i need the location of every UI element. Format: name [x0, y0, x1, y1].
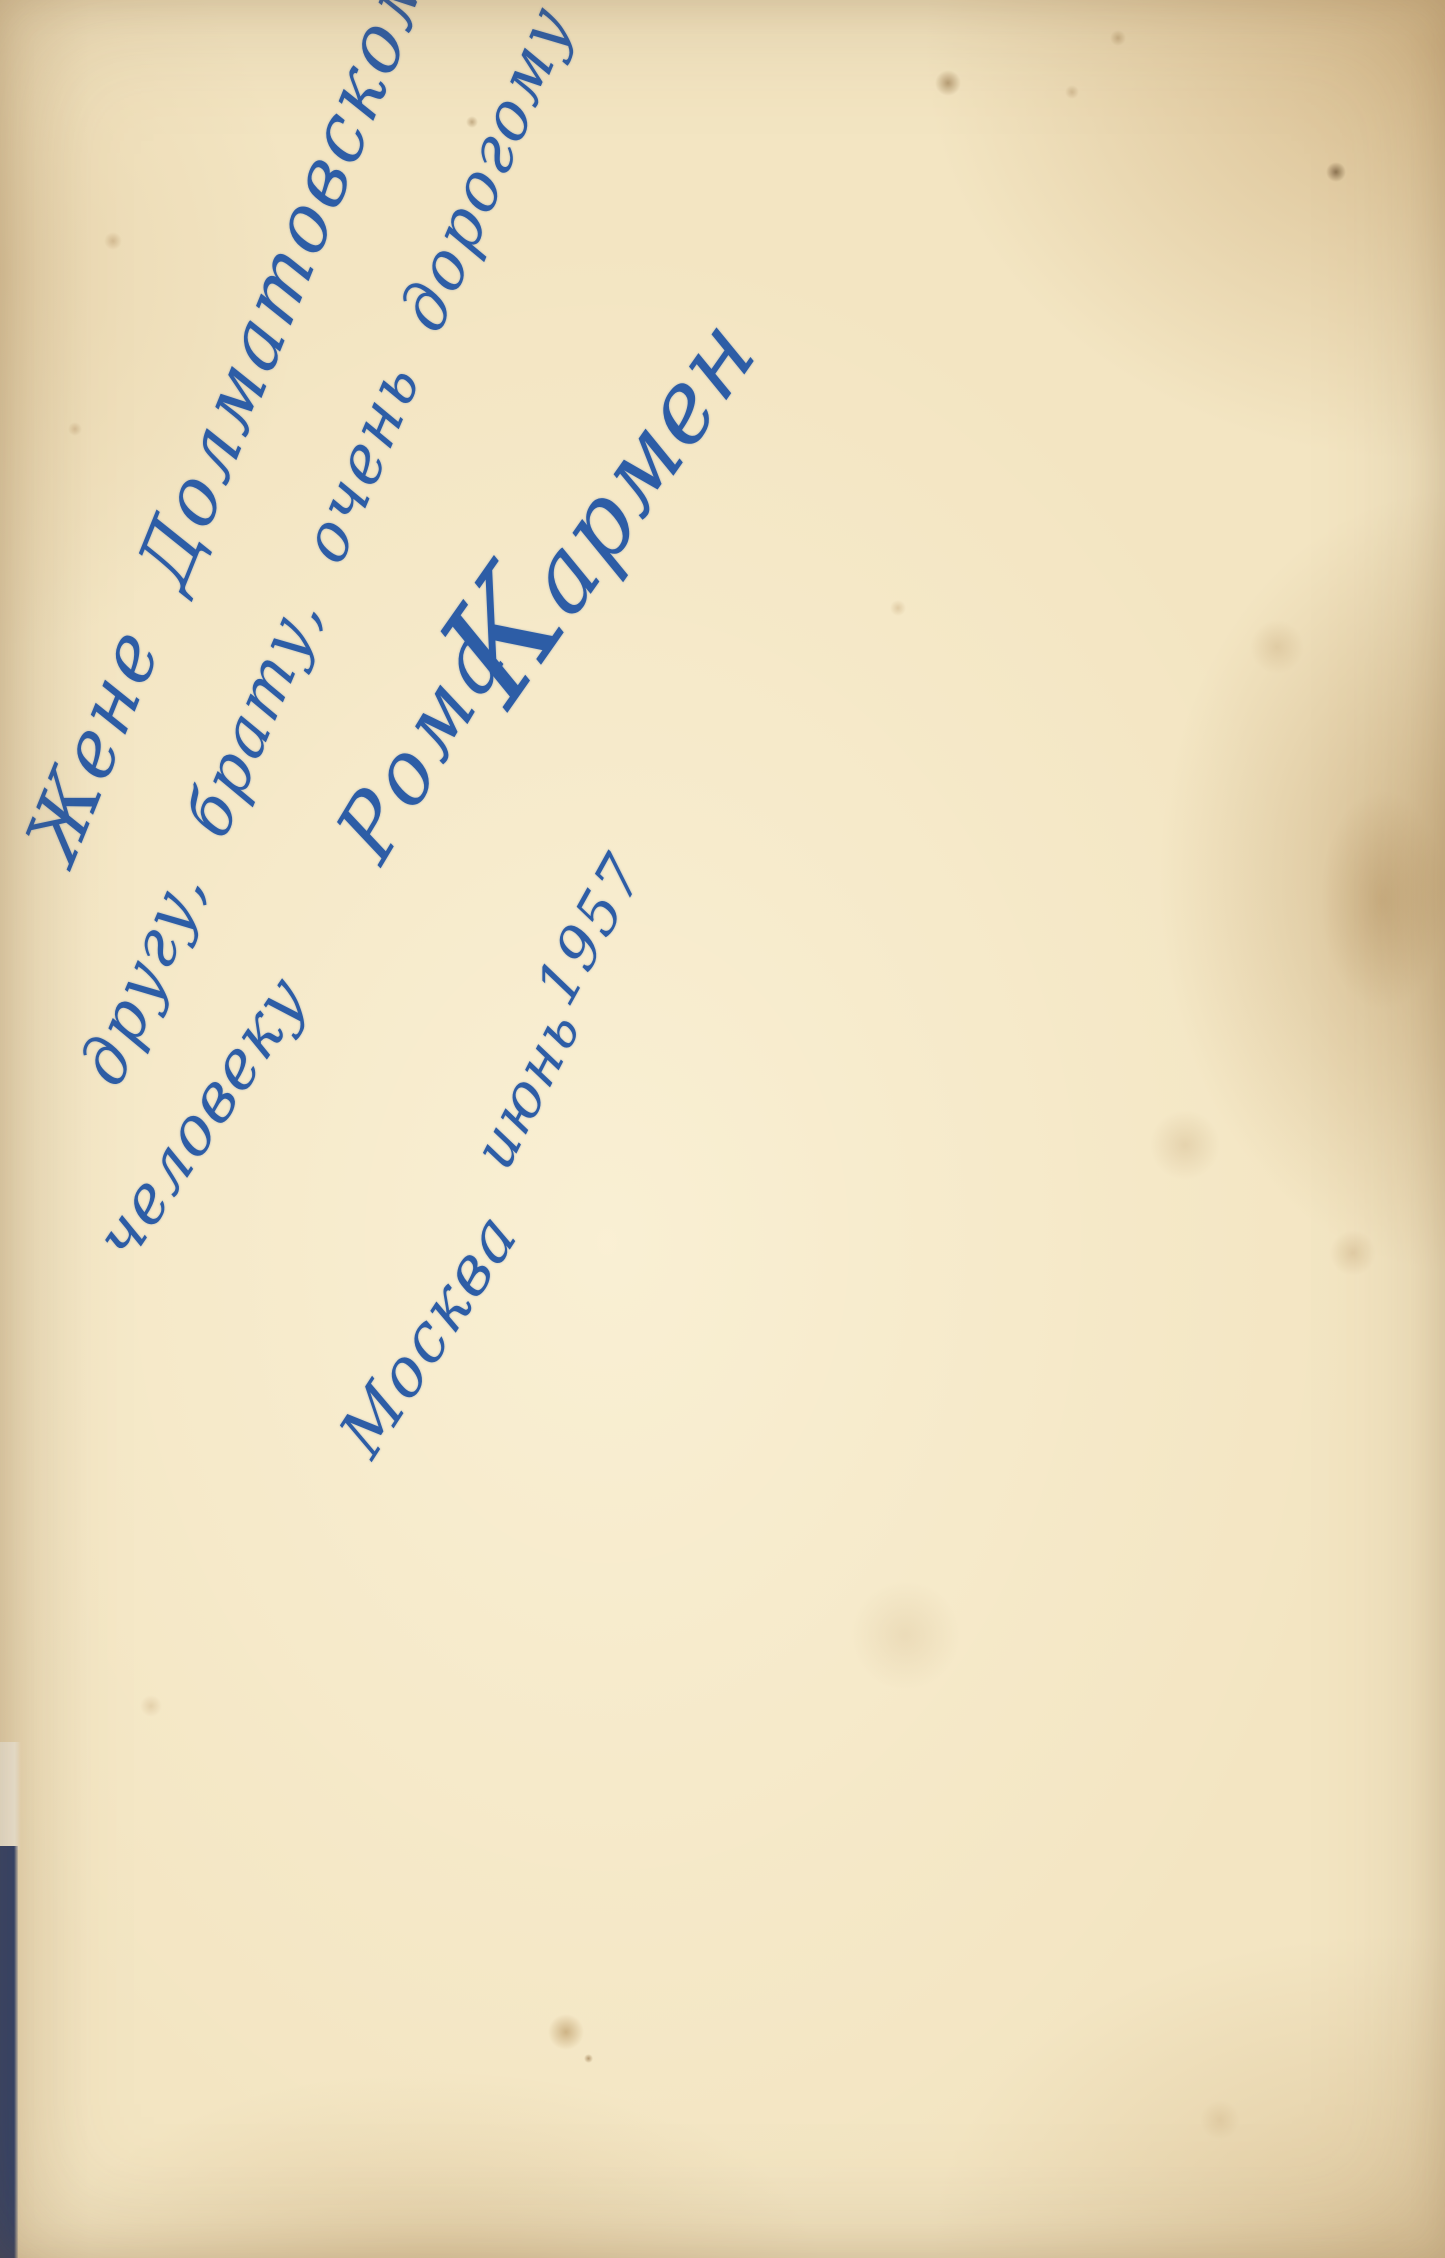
inscription-place: Москва [326, 1196, 534, 1472]
inscription-year: 1957 [523, 840, 659, 1018]
inscription-month: июнь [461, 996, 595, 1182]
signature-last-name: Кармен [408, 268, 788, 735]
handwritten-inscription: Жене Долматовскому другу, брату, очень д… [0, 0, 1445, 2258]
book-flyleaf-page: Жене Долматовскому другу, брату, очень д… [0, 0, 1445, 2258]
